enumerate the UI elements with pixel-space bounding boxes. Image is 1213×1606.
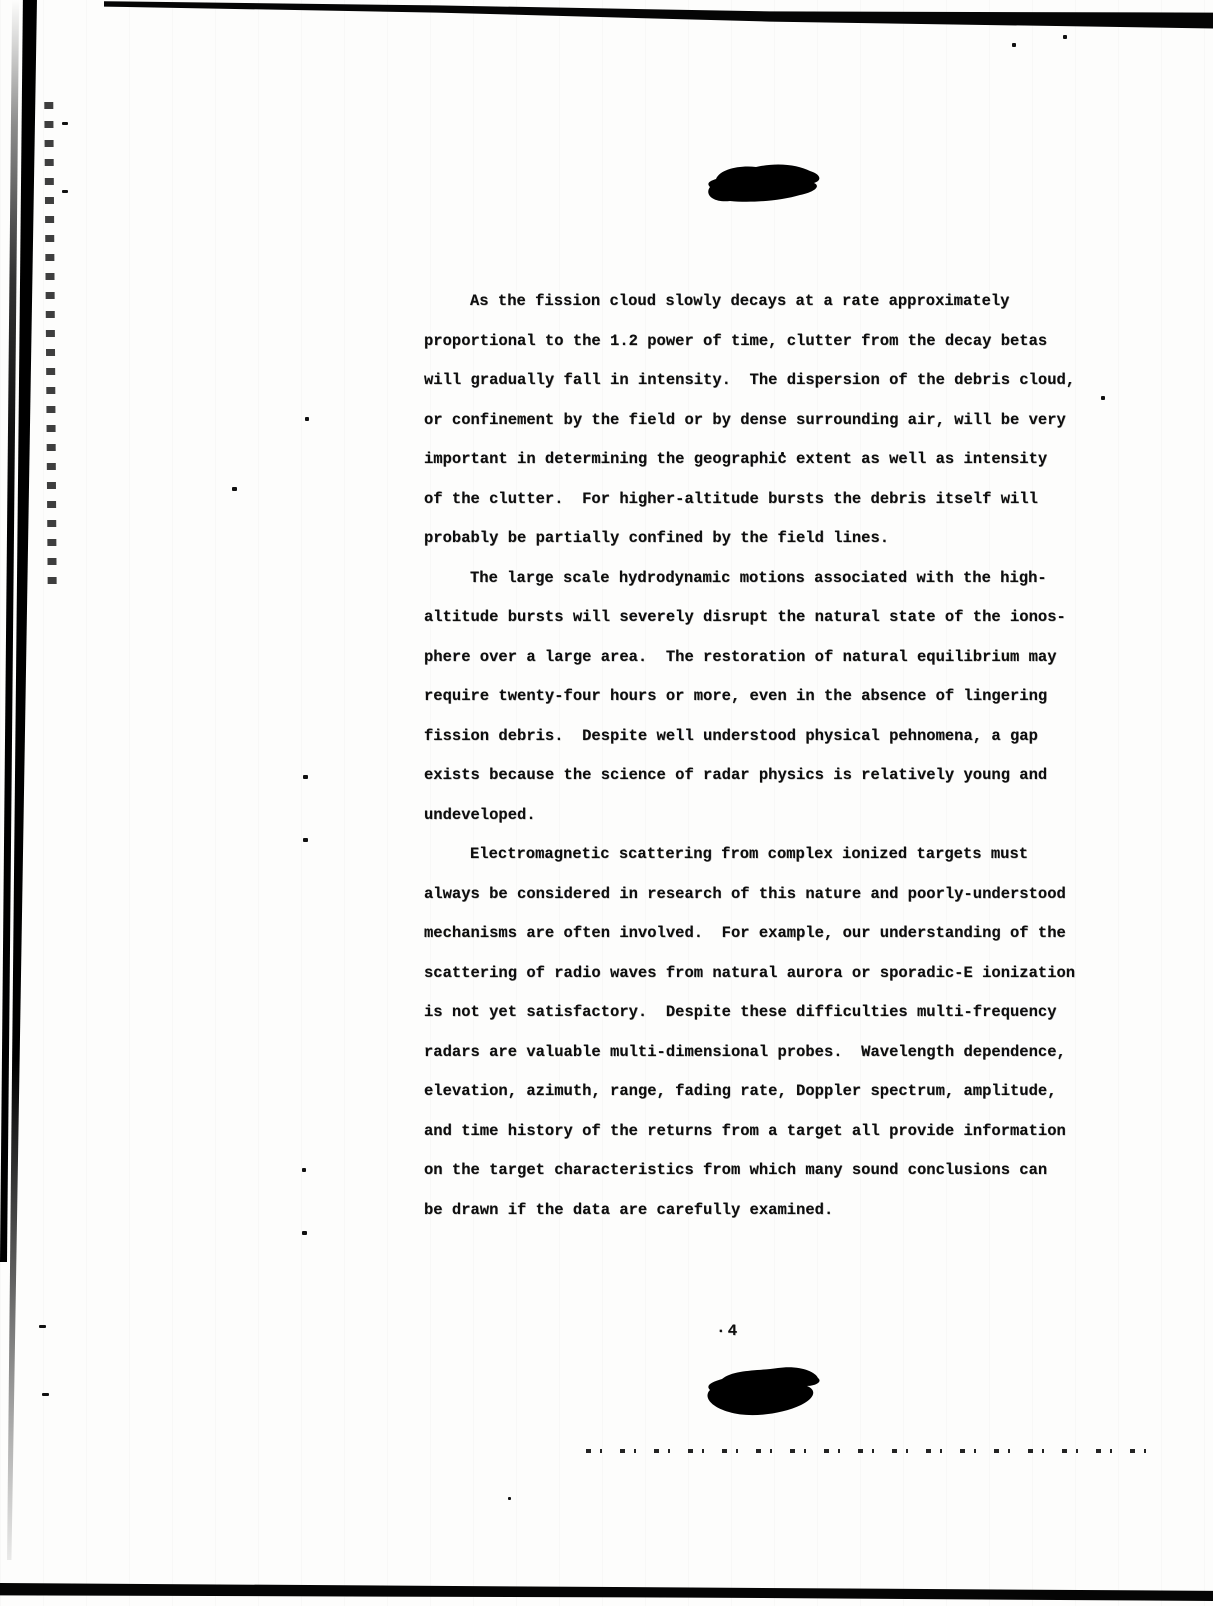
scan-speck xyxy=(303,838,308,842)
text-line: As the fission cloud slowly decays at a … xyxy=(424,282,1104,322)
text-line: require twenty-four hours or more, even … xyxy=(424,677,1104,717)
text-line: exists because the science of radar phys… xyxy=(424,756,1104,796)
scan-speck xyxy=(305,417,309,421)
text-line: important in determining the geographic … xyxy=(424,440,1104,480)
scan-speck xyxy=(39,1325,46,1328)
scan-speck xyxy=(303,775,308,779)
text-block: As the fission cloud slowly decays at a … xyxy=(424,282,1104,1230)
margin-marks-strip xyxy=(44,102,56,594)
scan-dash-line xyxy=(586,1449,1150,1453)
scanned-document-page: { "document": { "page_number": "·4", "pa… xyxy=(0,0,1213,1606)
scan-speck xyxy=(1063,35,1067,39)
scan-edge-bottom xyxy=(0,1578,1213,1606)
text-line: on the target characteristics from which… xyxy=(424,1151,1104,1191)
text-line: elevation, azimuth, range, fading rate, … xyxy=(424,1072,1104,1112)
text-line: proportional to the 1.2 power of time, c… xyxy=(424,322,1104,362)
text-line: is not yet satisfactory. Despite these d… xyxy=(424,993,1104,1033)
scan-edge-top xyxy=(104,0,1213,30)
scan-speck xyxy=(232,487,237,491)
text-line: be drawn if the data are carefully exami… xyxy=(424,1191,1104,1231)
text-line: scattering of radio waves from natural a… xyxy=(424,954,1104,994)
scan-speck xyxy=(42,1393,49,1396)
text-line: phere over a large area. The restoration… xyxy=(424,638,1104,678)
redaction-mark-bottom xyxy=(700,1363,828,1421)
text-line: of the clutter. For higher-altitude burs… xyxy=(424,480,1104,520)
text-line: and time history of the returns from a t… xyxy=(424,1112,1104,1152)
scan-speck xyxy=(302,1231,307,1235)
text-line: Electromagnetic scattering from complex … xyxy=(424,835,1104,875)
text-line: or confinement by the field or by dense … xyxy=(424,401,1104,441)
text-line: mechanisms are often involved. For examp… xyxy=(424,914,1104,954)
text-line: undeveloped. xyxy=(424,796,1104,836)
page-number: ·4 xyxy=(716,1322,739,1340)
text-line: always be considered in research of this… xyxy=(424,875,1104,915)
scan-speck xyxy=(1012,43,1016,47)
scan-speck xyxy=(508,1497,511,1500)
text-line: altitude bursts will severely disrupt th… xyxy=(424,598,1104,638)
text-line: probably be partially confined by the fi… xyxy=(424,519,1104,559)
text-line: fission debris. Despite well understood … xyxy=(424,717,1104,757)
scan-speck xyxy=(62,122,68,125)
scan-speck xyxy=(62,190,68,193)
scan-speck xyxy=(302,1168,306,1172)
text-line: The large scale hydrodynamic motions ass… xyxy=(424,559,1104,599)
redaction-mark-top xyxy=(700,159,828,209)
text-line: will gradually fall in intensity. The di… xyxy=(424,361,1104,401)
text-line: radars are valuable multi-dimensional pr… xyxy=(424,1033,1104,1073)
